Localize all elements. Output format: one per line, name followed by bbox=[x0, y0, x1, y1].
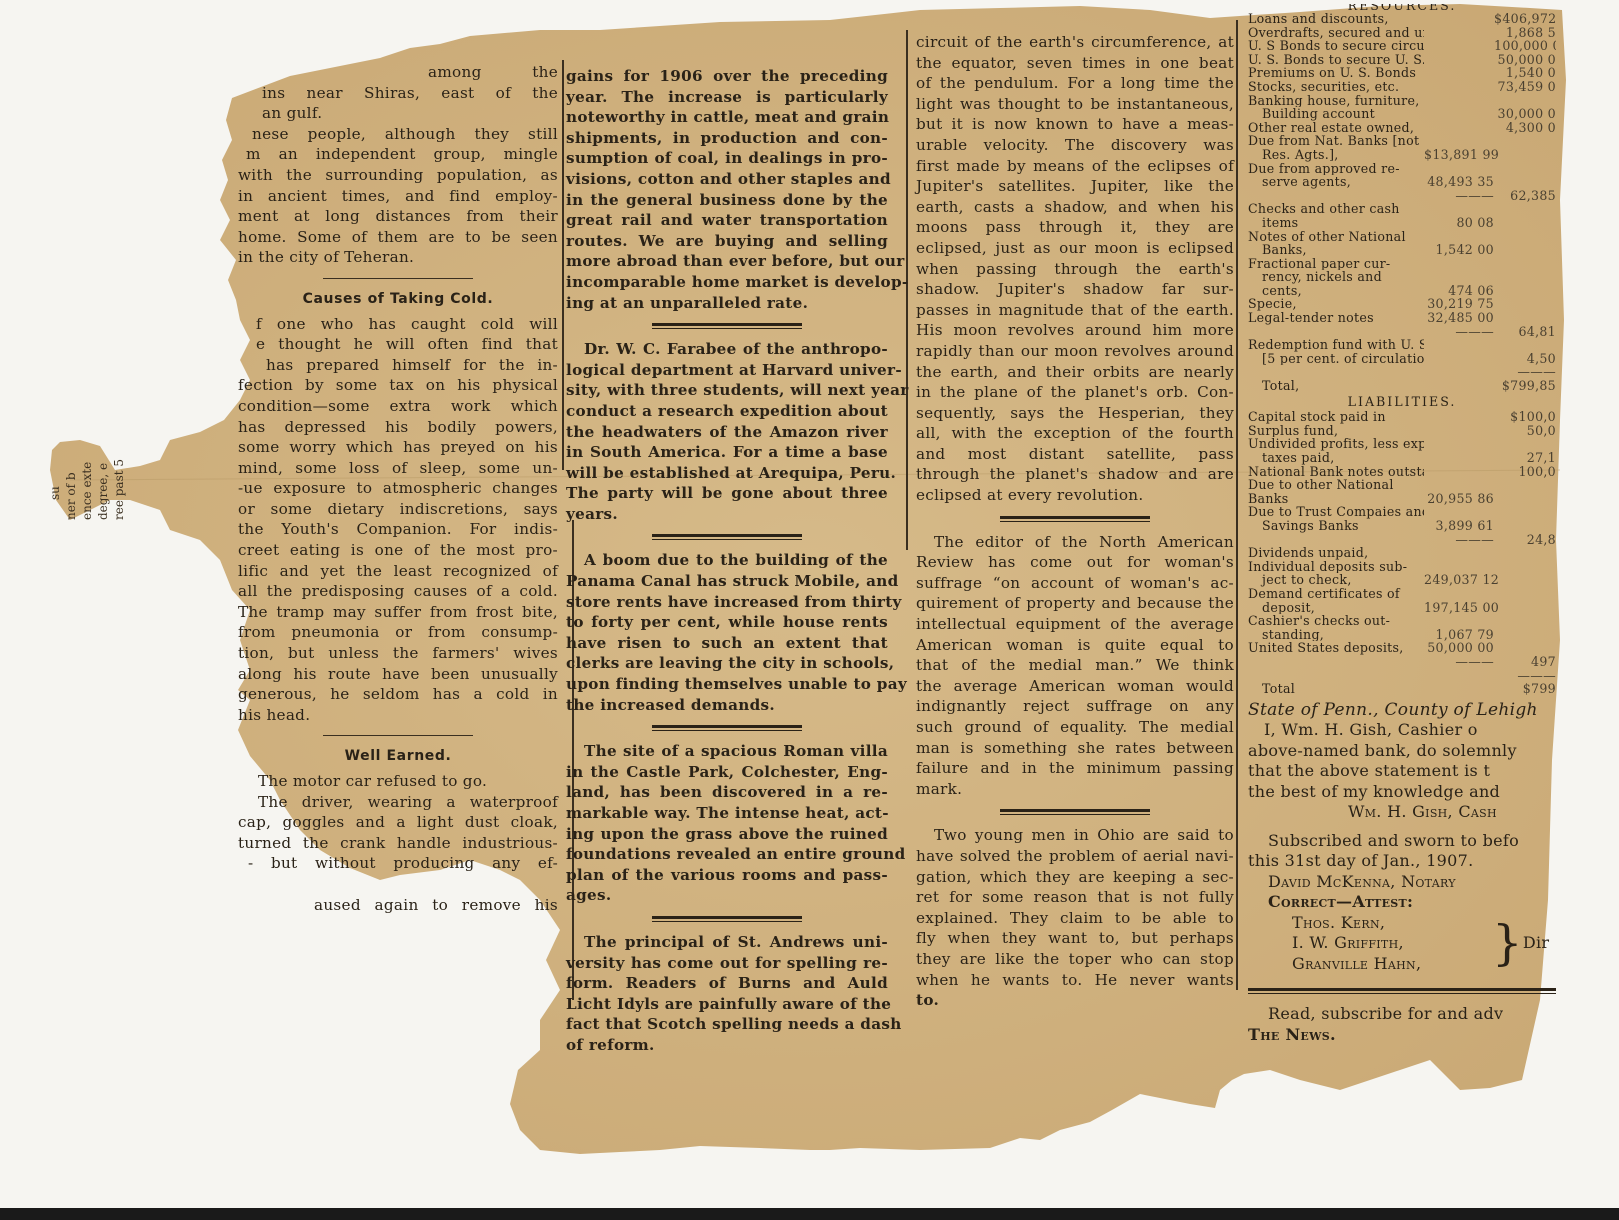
text-line: or some dietary indiscretions, says bbox=[238, 499, 558, 520]
row-subamount bbox=[1424, 202, 1494, 216]
row-label: Cashier's checks out- bbox=[1248, 614, 1424, 628]
statement-row: Redemption fund with U. S. Treasurer bbox=[1248, 338, 1556, 352]
row-subamount bbox=[1424, 379, 1494, 393]
row-subamount bbox=[1424, 352, 1494, 366]
column-3: circuit of the earth's circumference, at… bbox=[916, 32, 1234, 1011]
row-total bbox=[1494, 601, 1556, 615]
row-label: Due to Trust Compaies and bbox=[1248, 505, 1424, 519]
section-divider bbox=[1000, 516, 1150, 522]
row-total: ——— bbox=[1494, 669, 1556, 683]
row-subamount: ——— bbox=[1424, 533, 1494, 547]
text-line: failure and in the minimum passing bbox=[916, 758, 1234, 779]
text-line: when passing through the earth's bbox=[916, 259, 1234, 280]
row-total bbox=[1494, 243, 1556, 257]
row-total bbox=[1494, 175, 1556, 189]
row-subamount bbox=[1424, 478, 1494, 492]
row-total bbox=[1494, 560, 1556, 574]
row-label: standing, bbox=[1248, 628, 1424, 642]
row-subamount bbox=[1424, 451, 1494, 465]
row-label: Loans and discounts, bbox=[1248, 12, 1424, 26]
statement-row: Surplus fund,50,0 bbox=[1248, 424, 1556, 438]
statement-row: cents,474 06 bbox=[1248, 284, 1556, 298]
text-line: suffrage “on account of woman's ac- bbox=[916, 573, 1234, 594]
row-label bbox=[1248, 189, 1424, 203]
text-line: such ground of equality. The medial bbox=[916, 717, 1234, 738]
row-total bbox=[1494, 270, 1556, 284]
article-spelling-reform: The principal of St. Andrews uni- versit… bbox=[566, 932, 888, 1056]
row-subamount: $13,891 99 bbox=[1424, 148, 1494, 162]
statement-row: United States deposits,50,000 00 bbox=[1248, 641, 1556, 655]
text-line: in South America. For a time a base bbox=[566, 442, 888, 463]
statement-row: Total,$799,85 bbox=[1248, 379, 1556, 393]
statement-row: ———24,8 bbox=[1248, 533, 1556, 547]
text-line: that of the medial man.” We think bbox=[916, 655, 1234, 676]
text-line: of reform. bbox=[566, 1035, 888, 1056]
row-total bbox=[1494, 492, 1556, 506]
row-subamount bbox=[1424, 257, 1494, 271]
statement-row: Stocks, securities, etc.73,459 0 bbox=[1248, 80, 1556, 94]
text-line: fact that Scotch spelling needs a dash bbox=[566, 1014, 888, 1035]
row-total bbox=[1494, 216, 1556, 230]
row-subamount bbox=[1424, 365, 1494, 379]
text-line: all, with the exception of the fourth bbox=[916, 423, 1234, 444]
text-line: the Youth's Companion. For indis- bbox=[238, 519, 558, 540]
row-total: 24,8 bbox=[1494, 533, 1556, 547]
row-subamount: 474 06 bbox=[1424, 284, 1494, 298]
row-label: Total bbox=[1248, 682, 1424, 696]
subscribed-line: Subscribed and sworn to befo bbox=[1248, 831, 1556, 852]
text-line: his head. bbox=[238, 705, 558, 726]
row-label: Individual deposits sub- bbox=[1248, 560, 1424, 574]
text-line: American woman is quite equal to bbox=[916, 635, 1234, 656]
text-line: the equator, seven times in one beat bbox=[916, 53, 1234, 74]
row-total: 50,0 bbox=[1494, 424, 1556, 438]
row-total bbox=[1494, 587, 1556, 601]
text-line: nese people, although they still bbox=[238, 124, 558, 145]
text-line: in the plane of the planet's orb. Con- bbox=[916, 382, 1234, 403]
row-subamount: 20,955 86 bbox=[1424, 492, 1494, 506]
row-subamount bbox=[1424, 80, 1494, 94]
article-causes-of-cold: f one who has caught cold will e thought… bbox=[238, 314, 558, 726]
text-line: incomparable home market is develop- bbox=[566, 272, 888, 293]
row-label bbox=[1248, 365, 1424, 379]
text-line: tion, but unless the farmers' wives bbox=[238, 643, 558, 664]
statement-row: Due from approved re- bbox=[1248, 162, 1556, 176]
director-name: I. W. Griffith, bbox=[1292, 933, 1492, 954]
statement-row: Cashier's checks out- bbox=[1248, 614, 1556, 628]
text-line: first made by means of the eclipses of bbox=[916, 156, 1234, 177]
row-subamount bbox=[1424, 424, 1494, 438]
text-line: Two young men in Ohio are said to bbox=[916, 825, 1234, 846]
statement-row: National Bank notes outstanding,100,0 bbox=[1248, 465, 1556, 479]
row-label: serve agents, bbox=[1248, 175, 1424, 189]
statement-row: Banks20,955 86 bbox=[1248, 492, 1556, 506]
row-total: 30,000 0 bbox=[1494, 107, 1556, 121]
statement-row: Due to other National bbox=[1248, 478, 1556, 492]
statement-row: ——— bbox=[1248, 669, 1556, 683]
statement-row: Banks,1,542 00 bbox=[1248, 243, 1556, 257]
text-line: cap, goggles and a light dust cloak, bbox=[238, 812, 558, 833]
statement-row: Individual deposits sub- bbox=[1248, 560, 1556, 574]
text-line: upon finding themselves unable to pay bbox=[566, 674, 888, 695]
liabilities-table: Capital stock paid in$100,0Surplus fund,… bbox=[1248, 410, 1556, 695]
row-total bbox=[1494, 162, 1556, 176]
text-line: eclipsed at every revolution. bbox=[916, 485, 1234, 506]
text-line bbox=[238, 874, 558, 895]
text-line: explained. They claim to be able to bbox=[916, 908, 1234, 929]
row-label: [5 per cent. of circulation.] bbox=[1248, 352, 1424, 366]
statement-row: Undivided profits, less expenses and bbox=[1248, 437, 1556, 451]
row-subamount: ——— bbox=[1424, 189, 1494, 203]
statement-row: Loans and discounts,$406,972 9 bbox=[1248, 12, 1556, 26]
oath-line: I, Wm. H. Gish, Cashier o bbox=[1248, 720, 1556, 741]
row-subamount: 1,542 00 bbox=[1424, 243, 1494, 257]
statement-row: U. S. Bonds to secure U. S. Deposits,50,… bbox=[1248, 53, 1556, 67]
text-line: moons pass through it, they are bbox=[916, 217, 1234, 238]
row-total: $406,972 9 bbox=[1494, 12, 1556, 26]
section-divider bbox=[652, 725, 802, 731]
row-total: 100,0 bbox=[1494, 465, 1556, 479]
text-line: in the Castle Park, Colchester, Eng- bbox=[566, 762, 888, 783]
directors-list: Thos. Kern, I. W. Griffith, Granville Ha… bbox=[1248, 913, 1492, 975]
row-label: ject to check, bbox=[1248, 573, 1424, 587]
text-line: The principal of St. Andrews uni- bbox=[566, 932, 888, 953]
row-subamount bbox=[1424, 560, 1494, 574]
row-subamount: 32,485 00 bbox=[1424, 311, 1494, 325]
article-well-earned: The motor car refused to go. The driver,… bbox=[238, 771, 558, 915]
date-line: this 31st day of Jan., 1907. bbox=[1248, 851, 1556, 872]
row-subamount bbox=[1424, 669, 1494, 683]
row-subamount: 48,493 35 bbox=[1424, 175, 1494, 189]
directors-block: Thos. Kern, I. W. Griffith, Granville Ha… bbox=[1248, 913, 1556, 975]
text-line: Dr. W. C. Farabee of the anthropo- bbox=[566, 339, 888, 360]
article-velocity-of-light: circuit of the earth's circumference, at… bbox=[916, 32, 1234, 506]
row-subamount bbox=[1424, 465, 1494, 479]
text-line: quirement of property and because the bbox=[916, 593, 1234, 614]
row-label bbox=[1248, 669, 1424, 683]
text-line: has depressed his bodily powers, bbox=[238, 417, 558, 438]
row-label: Due from approved re- bbox=[1248, 162, 1424, 176]
text-line: f one who has caught cold will bbox=[238, 314, 558, 335]
row-label: Building account bbox=[1248, 107, 1424, 121]
text-line: when he wants to. He never wants bbox=[916, 970, 1234, 991]
text-line: visions, cotton and other staples and bbox=[566, 169, 888, 190]
article-farabee-expedition: Dr. W. C. Farabee of the anthropo- logic… bbox=[566, 339, 888, 524]
row-label: U. S Bonds to secure circulation. bbox=[1248, 39, 1424, 53]
statement-row: Legal-tender notes32,485 00 bbox=[1248, 311, 1556, 325]
text-line: Review has come out for woman's bbox=[916, 552, 1234, 573]
text-line: mind, some loss of sleep, some un- bbox=[238, 458, 558, 479]
row-total: $799,85 bbox=[1494, 379, 1556, 393]
row-subamount bbox=[1424, 53, 1494, 67]
liabilities-heading: LIABILITIES. bbox=[1248, 395, 1556, 409]
row-label: Due to other National bbox=[1248, 478, 1424, 492]
row-subamount bbox=[1424, 270, 1494, 284]
column-rule bbox=[562, 60, 564, 470]
text-line: ing at an unparalleled rate. bbox=[566, 293, 888, 314]
fragment-line: su bbox=[48, 486, 62, 500]
row-label bbox=[1248, 533, 1424, 547]
state-line: State of Penn., County of Lehigh bbox=[1248, 700, 1556, 721]
fragment-line: ner of b bbox=[64, 472, 78, 520]
statement-row: Savings Banks3,899 61 bbox=[1248, 519, 1556, 533]
section-divider bbox=[652, 916, 802, 922]
attest-line: Correct—Attest: bbox=[1248, 892, 1556, 913]
row-subamount: 197,145 00 bbox=[1424, 601, 1494, 615]
text-line: to. bbox=[916, 990, 1234, 1011]
director-name: Thos. Kern, bbox=[1292, 913, 1492, 934]
row-total bbox=[1494, 297, 1556, 311]
text-line: turned the crank handle industrious- bbox=[238, 833, 558, 854]
row-subamount bbox=[1424, 614, 1494, 628]
row-label: Banks, bbox=[1248, 243, 1424, 257]
article-persians: among the ins near Shiras, east of the a… bbox=[238, 62, 558, 268]
cashier-signature: Wm. H. Gish, Cash bbox=[1248, 802, 1556, 823]
statement-row: Notes of other National bbox=[1248, 230, 1556, 244]
text-line: Jupiter's satellites. Jupiter, like the bbox=[916, 176, 1234, 197]
row-subamount: ——— bbox=[1424, 655, 1494, 669]
row-total: 4,300 0 bbox=[1494, 121, 1556, 135]
row-subamount bbox=[1424, 162, 1494, 176]
statement-row: Due to Trust Compaies and bbox=[1248, 505, 1556, 519]
row-total: $799 bbox=[1494, 682, 1556, 696]
text-line: among the bbox=[238, 62, 558, 83]
row-total bbox=[1494, 148, 1556, 162]
row-total bbox=[1494, 478, 1556, 492]
statement-row: Dividends unpaid, bbox=[1248, 546, 1556, 560]
text-line: markable way. The intense heat, act- bbox=[566, 803, 888, 824]
row-total bbox=[1494, 311, 1556, 325]
row-label: Total, bbox=[1248, 379, 1424, 393]
text-line: urable velocity. The discovery was bbox=[916, 135, 1234, 156]
row-label: Specie, bbox=[1248, 297, 1424, 311]
article-roman-villa: The site of a spacious Roman villa in th… bbox=[566, 741, 888, 906]
column-2: gains for 1906 over the preceding year. … bbox=[566, 66, 888, 1056]
section-divider bbox=[323, 278, 473, 279]
row-subamount bbox=[1424, 66, 1494, 80]
row-total bbox=[1494, 257, 1556, 271]
text-line: The site of a spacious Roman villa bbox=[566, 741, 888, 762]
row-total: 4,50 bbox=[1494, 352, 1556, 366]
text-line: the earth, and their orbits are nearly bbox=[916, 362, 1234, 383]
brace: } bbox=[1492, 919, 1523, 967]
row-total bbox=[1494, 505, 1556, 519]
text-line: they are like the toper who can stop bbox=[916, 949, 1234, 970]
row-total: 62,385 bbox=[1494, 189, 1556, 203]
article-woman-suffrage: The editor of the North American Review … bbox=[916, 532, 1234, 800]
row-label: Demand certificates of bbox=[1248, 587, 1424, 601]
fragment-line: degree, e bbox=[96, 463, 110, 520]
text-line: have solved the problem of aerial navi- bbox=[916, 846, 1234, 867]
text-line: has prepared himself for the in- bbox=[238, 355, 558, 376]
row-label: Premiums on U. S. Bonds bbox=[1248, 66, 1424, 80]
text-line: an gulf. bbox=[238, 103, 558, 124]
row-total: 1,540 0 bbox=[1494, 66, 1556, 80]
statement-row: Premiums on U. S. Bonds1,540 0 bbox=[1248, 66, 1556, 80]
row-label bbox=[1248, 655, 1424, 669]
text-line: - but without producing any ef- bbox=[238, 853, 558, 874]
text-line: plan of the various rooms and pass- bbox=[566, 865, 888, 886]
row-label: taxes paid, bbox=[1248, 451, 1424, 465]
text-line: but it is now known to have a meas- bbox=[916, 114, 1234, 135]
row-label: Savings Banks bbox=[1248, 519, 1424, 533]
text-line: store rents have increased from thirty bbox=[566, 592, 888, 613]
text-line: noteworthy in cattle, meat and grain bbox=[566, 107, 888, 128]
text-line: great rail and water transportation bbox=[566, 210, 888, 231]
resources-heading: RESOURCES. bbox=[1248, 4, 1556, 12]
row-label bbox=[1248, 325, 1424, 339]
text-line: land, has been discovered in a re- bbox=[566, 782, 888, 803]
row-subamount: 249,037 12 bbox=[1424, 573, 1494, 587]
row-subamount: 50,000 00 bbox=[1424, 641, 1494, 655]
column-1: among the ins near Shiras, east of the a… bbox=[238, 62, 558, 915]
row-label: cents, bbox=[1248, 284, 1424, 298]
row-total bbox=[1494, 573, 1556, 587]
directors-label: Dir bbox=[1523, 933, 1550, 954]
text-line: more abroad than ever before, but our bbox=[566, 251, 888, 272]
text-line: light was thought to be instantaneous, bbox=[916, 94, 1234, 115]
statement-row: Demand certificates of bbox=[1248, 587, 1556, 601]
row-total bbox=[1494, 202, 1556, 216]
text-line: shipments, in production and con- bbox=[566, 128, 888, 149]
text-line: gains for 1906 over the preceding bbox=[566, 66, 888, 87]
article-aerial-navigation: Two young men in Ohio are said to have s… bbox=[916, 825, 1234, 1010]
notary-line: David McKenna, Notary bbox=[1248, 872, 1556, 893]
text-line: gation, which they are keeping a sec- bbox=[916, 867, 1234, 888]
row-subamount bbox=[1424, 134, 1494, 148]
fragment-line: ree past 5 bbox=[112, 459, 126, 520]
footer-line: Read, subscribe for and adv bbox=[1248, 1004, 1556, 1025]
text-line: conduct a research expedition about bbox=[566, 401, 888, 422]
row-label: Overdrafts, secured and unsecured, bbox=[1248, 26, 1424, 40]
row-label: United States deposits, bbox=[1248, 641, 1424, 655]
text-line: form. Readers of Burns and Auld bbox=[566, 973, 888, 994]
text-line: year. The increase is particularly bbox=[566, 87, 888, 108]
section-divider bbox=[1248, 988, 1556, 994]
row-total bbox=[1494, 614, 1556, 628]
text-line: Licht Idyls are painfully aware of the bbox=[566, 994, 888, 1015]
column-rule bbox=[1236, 20, 1238, 990]
row-label: Stocks, securities, etc. bbox=[1248, 80, 1424, 94]
text-line: with the surrounding population, as bbox=[238, 165, 558, 186]
oath-line: the best of my knowledge and bbox=[1248, 782, 1556, 803]
oath-line: that the above statement is t bbox=[1248, 761, 1556, 782]
row-label: Capital stock paid in bbox=[1248, 410, 1424, 424]
text-line: in the general business done by the bbox=[566, 190, 888, 211]
statement-row: Banking house, furniture, fixtures and bbox=[1248, 94, 1556, 108]
text-line: condition—some extra work which bbox=[238, 396, 558, 417]
text-line: through the planet's shadow and are bbox=[916, 464, 1234, 485]
row-label: Dividends unpaid, bbox=[1248, 546, 1424, 560]
text-line: The motor car refused to go. bbox=[238, 771, 558, 792]
section-divider bbox=[323, 735, 473, 736]
row-subamount bbox=[1424, 505, 1494, 519]
text-line: ages. bbox=[566, 885, 888, 906]
text-line: ret for some reason that is not fully bbox=[916, 887, 1234, 908]
heading-causes-of-taking-cold: Causes of Taking Cold. bbox=[238, 289, 558, 310]
oath-section: State of Penn., County of Lehigh I, Wm. … bbox=[1248, 700, 1556, 975]
row-total: 100,000 0 bbox=[1494, 39, 1556, 53]
text-line: indignantly reject suffrage on any bbox=[916, 696, 1234, 717]
text-line: sequently, says the Hesperian, they bbox=[916, 403, 1234, 424]
row-total bbox=[1494, 134, 1556, 148]
statement-row: ject to check,249,037 12 bbox=[1248, 573, 1556, 587]
text-line: in ancient times, and find employ- bbox=[238, 186, 558, 207]
text-line: lific and yet the least recognized of bbox=[238, 561, 558, 582]
oath-line: above-named bank, do solemnly bbox=[1248, 741, 1556, 762]
text-line: foundations revealed an entire ground bbox=[566, 844, 888, 865]
text-line: have risen to such an extent that bbox=[566, 633, 888, 654]
text-line: ing upon the grass above the ruined bbox=[566, 824, 888, 845]
text-line: from pneumonia or from consump- bbox=[238, 622, 558, 643]
row-total: 1,868 5 bbox=[1494, 26, 1556, 40]
row-subamount bbox=[1424, 94, 1494, 108]
row-label: Res. Agts.], bbox=[1248, 148, 1424, 162]
the-news-signature: The News. bbox=[1248, 1025, 1556, 1046]
text-line: routes. We are buying and selling bbox=[566, 231, 888, 252]
statement-row: [5 per cent. of circulation.]4,50 bbox=[1248, 352, 1556, 366]
row-label: Banks bbox=[1248, 492, 1424, 506]
text-line: all the predisposing causes of a cold. bbox=[238, 581, 558, 602]
text-line: generous, he seldom has a cold in bbox=[238, 684, 558, 705]
row-label: items bbox=[1248, 216, 1424, 230]
row-total bbox=[1494, 284, 1556, 298]
row-total bbox=[1494, 230, 1556, 244]
row-subamount bbox=[1424, 338, 1494, 352]
text-line: circuit of the earth's circumference, at bbox=[916, 32, 1234, 53]
row-label: Notes of other National bbox=[1248, 230, 1424, 244]
row-total: $100,0 bbox=[1494, 410, 1556, 424]
row-subamount bbox=[1424, 26, 1494, 40]
statement-row: Overdrafts, secured and unsecured,1,868 … bbox=[1248, 26, 1556, 40]
text-line: the headwaters of the Amazon river bbox=[566, 422, 888, 443]
text-line: A boom due to the building of the bbox=[566, 550, 888, 571]
text-line: His moon revolves around him more bbox=[916, 320, 1234, 341]
row-total bbox=[1494, 519, 1556, 533]
statement-row: U. S Bonds to secure circulation.100,000… bbox=[1248, 39, 1556, 53]
text-line: passes in magnitude that of the earth. bbox=[916, 300, 1234, 321]
text-line: of the pendulum. For a long time the bbox=[916, 73, 1234, 94]
text-line: creet eating is one of the most pro- bbox=[238, 540, 558, 561]
text-line: the increased demands. bbox=[566, 695, 888, 716]
text-line: sity, with three students, will next yea… bbox=[566, 380, 888, 401]
text-line: The party will be gone about three bbox=[566, 483, 888, 504]
text-line: to forty per cent, while house rents bbox=[566, 612, 888, 633]
row-total bbox=[1494, 94, 1556, 108]
row-label: Redemption fund with U. S. Treasurer bbox=[1248, 338, 1424, 352]
article-panama-canal: A boom due to the building of the Panama… bbox=[566, 550, 888, 715]
section-divider bbox=[1000, 809, 1150, 815]
statement-row: Checks and other cash bbox=[1248, 202, 1556, 216]
row-subamount bbox=[1424, 107, 1494, 121]
row-label: Legal-tender notes bbox=[1248, 311, 1424, 325]
statement-row: items80 08 bbox=[1248, 216, 1556, 230]
text-line: The driver, wearing a waterproof bbox=[238, 792, 558, 813]
row-total bbox=[1494, 437, 1556, 451]
statement-row: standing,1,067 79 bbox=[1248, 628, 1556, 642]
row-total: 50,000 0 bbox=[1494, 53, 1556, 67]
statement-row: deposit,197,145 00 bbox=[1248, 601, 1556, 615]
text-line: intellectual equipment of the average bbox=[916, 614, 1234, 635]
text-line: home. Some of them are to be seen bbox=[238, 227, 558, 248]
text-line: eclipsed, just as our moon is eclipsed bbox=[916, 238, 1234, 259]
row-total: 497 bbox=[1494, 655, 1556, 669]
row-total: 27,1 bbox=[1494, 451, 1556, 465]
statement-row: Capital stock paid in$100,0 bbox=[1248, 410, 1556, 424]
row-label: rency, nickels and bbox=[1248, 270, 1424, 284]
row-subamount: ——— bbox=[1424, 325, 1494, 339]
text-line: The tramp may suffer from frost bite, bbox=[238, 602, 558, 623]
